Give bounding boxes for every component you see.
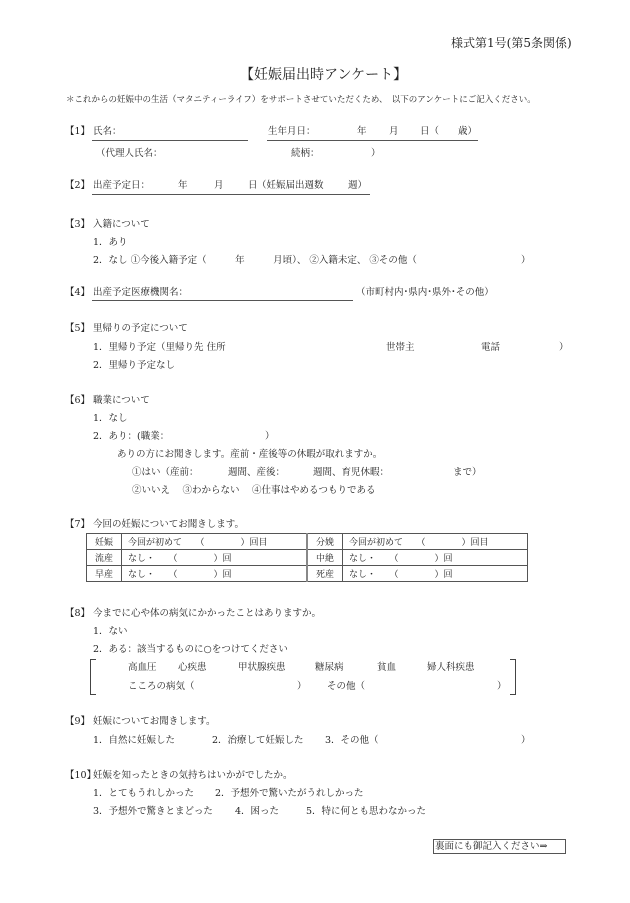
q2-number: 【2】 <box>65 180 90 192</box>
q10-option-5[interactable]: 5．特に何とも思わなかった <box>306 806 426 818</box>
q9-close: ） <box>521 735 531 747</box>
q10-option-1[interactable]: 1．とてもうれしかった <box>93 788 194 800</box>
table-label: 流産 <box>87 550 122 566</box>
q9-option-3[interactable]: 3．その他（ <box>325 735 379 747</box>
q9-title: 妊娠についてお聞きします。 <box>93 716 216 728</box>
q3-title: 入籍について <box>93 219 150 231</box>
name-label: 氏名： <box>93 126 122 138</box>
page-title: 【妊娠届出時アンケート】 <box>240 69 407 81</box>
disease-other-close: ） <box>497 681 507 693</box>
due-date-label: 出産予定日： <box>93 180 150 192</box>
table-value[interactable]: なし・ （ ）回 <box>343 550 528 566</box>
disease-other[interactable]: その他（ <box>327 681 365 693</box>
table-row: 妊娠 今回が初めて （ ）回目 分娩 今回が初めて （ ）回目 <box>87 534 528 550</box>
birth-day-age-label: 日（ 歳） <box>420 126 477 138</box>
table-value[interactable]: なし・ （ ）回 <box>122 566 308 582</box>
table-label: 早産 <box>87 566 122 582</box>
q9-option-2[interactable]: 2．治療して妊娠した <box>212 735 304 747</box>
q8-title: 今までに心や体の病気にかかったことはありますか。 <box>93 608 321 620</box>
q6-until: まで） <box>453 467 482 479</box>
householder-label: 世帯主 <box>386 342 415 354</box>
hospital-location-options[interactable]: （市町村内･県内･県外･その他） <box>356 287 494 299</box>
pregnancy-history-table: 妊娠 今回が初めて （ ）回目 分娩 今回が初めて （ ）回目 流産 なし・ （… <box>86 533 528 582</box>
disease-hypertension[interactable]: 高血圧 <box>128 662 157 674</box>
table-row: 流産 なし・ （ ）回 中絶 なし・ （ ）回 <box>87 550 528 566</box>
birth-year-label: 年 <box>357 126 367 138</box>
disease-mental[interactable]: こころの病気（ <box>128 681 195 693</box>
table-value[interactable]: 今回が初めて （ ）回目 <box>122 534 308 550</box>
q8-number: 【8】 <box>65 608 90 620</box>
back-side-note: 裏面にも御記入ください⇒ <box>433 839 566 854</box>
disease-gynecological[interactable]: 婦人科疾患 <box>427 662 475 674</box>
table-label: 妊娠 <box>87 534 122 550</box>
proxy-name-label: （代理人氏名： <box>96 148 163 160</box>
birthdate-label: 生年月日： <box>268 126 316 138</box>
birthdate-field[interactable] <box>267 140 478 141</box>
due-month-label: 月 <box>214 180 224 192</box>
q9-option-1[interactable]: 1．自然に妊娠した <box>93 735 175 747</box>
q5-option-1[interactable]: 1．里帰り予定（里帰り先 住所 <box>93 342 226 354</box>
q6-option-2-close: ） <box>265 431 275 443</box>
q6-other-options[interactable]: ②いいえ ③わからない ④仕事はやめるつもりである <box>132 485 375 497</box>
bracket-right <box>510 659 516 695</box>
q3-option-2[interactable]: 2．なし ①今後入籍予定（ 年 月頃）、 ②入籍未定、 ③その他（ <box>93 255 417 267</box>
due-year-label: 年 <box>178 180 188 192</box>
q10-option-2[interactable]: 2．予想外で驚いたがうれしかった <box>215 788 364 800</box>
q6-title: 職業について <box>93 395 150 407</box>
disease-mental-close: ） <box>297 681 307 693</box>
disease-diabetes[interactable]: 糖尿病 <box>315 662 344 674</box>
table-value[interactable]: なし・ （ ）回 <box>343 566 528 582</box>
due-date-field[interactable] <box>92 194 370 195</box>
weeks-unit: 週） <box>348 180 367 192</box>
name-field[interactable] <box>92 140 248 141</box>
table-row: 早産 なし・ （ ）回 死産 なし・ （ ）回 <box>87 566 528 582</box>
form-number: 様式第1号(第5条関係) <box>451 37 572 49</box>
hospital-field[interactable] <box>92 300 353 301</box>
q5-option-2[interactable]: 2．里帰り予定なし <box>93 360 175 372</box>
q6-option-2[interactable]: 2．あり：(職業： <box>93 431 169 443</box>
q6-yes-option[interactable]: ①はい（産前： <box>132 467 199 479</box>
disease-thyroid[interactable]: 甲状腺疾患 <box>238 662 286 674</box>
table-value[interactable]: なし・ （ ）回 <box>122 550 308 566</box>
q3-option-1[interactable]: 1．あり <box>93 237 128 249</box>
q7-number: 【7】 <box>65 519 90 531</box>
q8-option-2[interactable]: 2．ある：該当するものに○をつけてください <box>93 644 288 656</box>
relation-label: 続柄： <box>291 148 320 160</box>
q6-weeks-after: 週間、育児休暇： <box>313 467 389 479</box>
q3-other-close: ） <box>521 255 531 267</box>
disease-heart[interactable]: 心疾患 <box>178 662 207 674</box>
table-label: 中絶 <box>307 550 343 566</box>
q5-title: 里帰りの予定について <box>93 323 188 335</box>
q9-number: 【9】 <box>65 716 90 728</box>
q5-close: ） <box>559 342 569 354</box>
q6-option-1[interactable]: 1．なし <box>93 413 128 425</box>
disease-anemia[interactable]: 貧血 <box>377 662 396 674</box>
q3-number: 【3】 <box>65 219 90 231</box>
q10-number: 【10】 <box>65 770 96 782</box>
q10-option-4[interactable]: 4．困った <box>235 806 279 818</box>
q8-option-1[interactable]: 1．ない <box>93 626 128 638</box>
q6-followup: ありの方にお聞きします。産前・産後等の休暇が取れますか。 <box>117 449 382 461</box>
q7-title: 今回の妊娠についてお聞きします。 <box>93 519 244 531</box>
table-label: 死産 <box>307 566 343 582</box>
q4-number: 【4】 <box>65 287 90 299</box>
table-label: 分娩 <box>307 534 343 550</box>
q6-number: 【6】 <box>65 395 90 407</box>
q10-option-3[interactable]: 3．予想外で驚きとまどった <box>93 806 213 818</box>
birth-month-label: 月 <box>389 126 399 138</box>
intro-text: ＊これからの妊娠中の生活（マタニティーライフ）をサポートさせていただくため、 以… <box>66 94 536 106</box>
q5-number: 【5】 <box>65 323 90 335</box>
bracket-left <box>90 659 96 695</box>
q10-title: 妊娠を知ったときの気持ちはいかがでしたか。 <box>93 770 293 782</box>
q6-weeks-before: 週間、産後： <box>228 467 285 479</box>
phone-label: 電話 <box>481 342 500 354</box>
relation-close: ） <box>371 148 381 160</box>
table-value[interactable]: 今回が初めて （ ）回目 <box>343 534 528 550</box>
weeks-label: （妊娠届出週数 <box>257 180 324 192</box>
hospital-label: 出産予定医療機関名： <box>93 287 188 299</box>
q1-number: 【1】 <box>65 126 90 138</box>
